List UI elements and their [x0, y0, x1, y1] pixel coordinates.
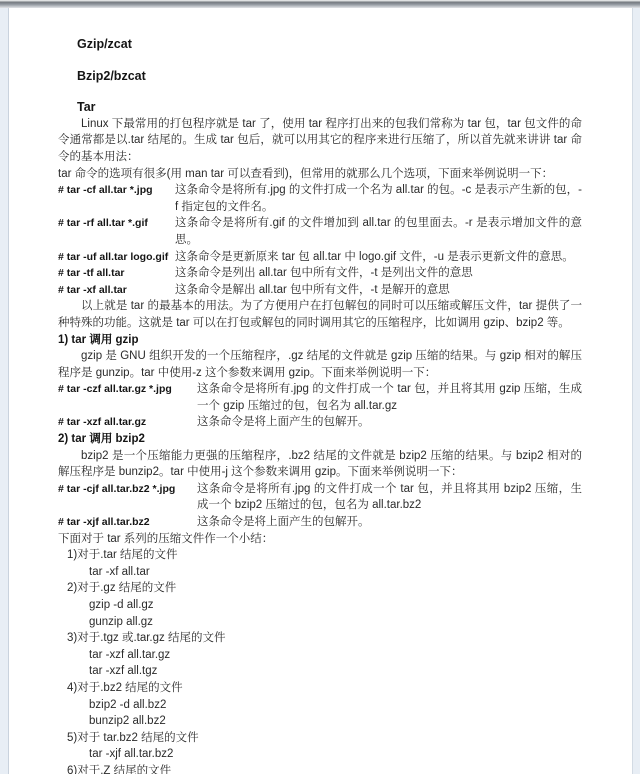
summary-command: bzip2 -d all.bz2	[89, 697, 582, 714]
paragraph-options: tar 命令的选项有很多(用 man tar 可以查看到)，但常用的就那么几个选…	[58, 166, 582, 183]
command-text: # tar -rf all.tar *.gif	[58, 215, 175, 232]
command-text: # tar -cjf all.tar.bz2 *.jpg	[58, 481, 197, 498]
command-description: 这条命令是将所有.jpg 的文件打成一个 tar 包，并且将其用 gzip 压缩…	[197, 381, 582, 414]
summary-item-label: 6)对于.Z 结尾的文件	[67, 763, 582, 774]
command-description: 这条命令是列出 all.tar 包中所有文件，-t 是列出文件的意思	[175, 265, 582, 282]
command-description: 这条命令是解出 all.tar 包中所有文件，-t 是解开的意思	[175, 282, 582, 299]
command-text: # tar -uf all.tar logo.gif	[58, 249, 175, 266]
command-line-tar-cf: # tar -cf all.tar *.jpg 这条命令是将所有.jpg 的文件…	[58, 182, 582, 215]
summary-item-label: 1)对于.tar 结尾的文件	[67, 547, 582, 564]
subheading-tar-bzip2: 2) tar 调用 bzip2	[58, 431, 582, 448]
paragraph-intro: Linux 下最常用的打包程序就是 tar 了，使用 tar 程序打出来的包我们…	[58, 116, 582, 166]
summary-item-label: 2)对于.gz 结尾的文件	[67, 580, 582, 597]
paragraph-gzip: gzip 是 GNU 组织开发的一个压缩程序，.gz 结尾的文件就是 gzip …	[58, 348, 582, 381]
heading-bzip2-bzcat: Bzip2/bzcat	[77, 68, 582, 85]
command-line-tar-uf: # tar -uf all.tar logo.gif 这条命令是更新原来 tar…	[58, 249, 582, 266]
command-text: # tar -czf all.tar.gz *.jpg	[58, 381, 197, 398]
summary-command: gzip -d all.gz	[89, 597, 582, 614]
summary-command: tar -xzf all.tgz	[89, 663, 582, 680]
paragraph-summary-intro: 下面对于 tar 系列的压缩文件作一个小结：	[58, 531, 582, 548]
command-text: # tar -xf all.tar	[58, 282, 175, 299]
summary-command: gunzip all.gz	[89, 614, 582, 631]
command-description: 这条命令是更新原来 tar 包 all.tar 中 logo.gif 文件，-u…	[175, 249, 582, 266]
command-line-tar-xf: # tar -xf all.tar 这条命令是解出 all.tar 包中所有文件…	[58, 282, 582, 299]
command-line-tar-cjf: # tar -cjf all.tar.bz2 *.jpg 这条命令是将所有.jp…	[58, 481, 582, 514]
command-text: # tar -cf all.tar *.jpg	[58, 182, 175, 199]
summary-item-label: 4)对于.bz2 结尾的文件	[67, 680, 582, 697]
right-gutter	[632, 7, 640, 774]
command-text: # tar -xjf all.tar.bz2	[58, 514, 197, 531]
command-line-tar-rf: # tar -rf all.tar *.gif 这条命令是将所有.gif 的文件…	[58, 215, 582, 248]
command-description: 这条命令是将上面产生的包解开。	[197, 414, 582, 431]
paragraph-special-feature: 以上就是 tar 的最基本的用法。为了方便用户在打包解包的同时可以压缩或解压文件…	[58, 298, 582, 331]
summary-command: tar -xzf all.tar.gz	[89, 647, 582, 664]
summary-command: bunzip2 all.bz2	[89, 713, 582, 730]
command-line-tar-xjf: # tar -xjf all.tar.bz2 这条命令是将上面产生的包解开。	[58, 514, 582, 531]
command-line-tar-xzf: # tar -xzf all.tar.gz 这条命令是将上面产生的包解开。	[58, 414, 582, 431]
page-top-shadow	[0, 0, 640, 8]
left-gutter	[0, 7, 9, 774]
document-content: Gzip/zcat Bzip2/bzcat Tar Linux 下最常用的打包程…	[58, 36, 582, 774]
command-description: 这条命令是将所有.jpg 的文件打成一个名为 all.tar 的包。-c 是表示…	[175, 182, 582, 215]
command-text: # tar -tf all.tar	[58, 265, 175, 282]
command-description: 这条命令是将所有.gif 的文件增加到 all.tar 的包里面去。-r 是表示…	[175, 215, 582, 248]
document-page: Gzip/zcat Bzip2/bzcat Tar Linux 下最常用的打包程…	[9, 8, 632, 774]
heading-gzip-zcat: Gzip/zcat	[77, 36, 582, 53]
paragraph-bzip2: bzip2 是一个压缩能力更强的压缩程序，.bz2 结尾的文件就是 bzip2 …	[58, 448, 582, 481]
summary-item-label: 5)对于 tar.bz2 结尾的文件	[67, 730, 582, 747]
heading-tar: Tar	[77, 99, 582, 116]
subheading-tar-gzip: 1) tar 调用 gzip	[58, 332, 582, 349]
summary-item-label: 3)对于.tgz 或.tar.gz 结尾的文件	[67, 630, 582, 647]
command-description: 这条命令是将所有.jpg 的文件打成一个 tar 包，并且将其用 bzip2 压…	[197, 481, 582, 514]
summary-command: tar -xf all.tar	[89, 564, 582, 581]
command-text: # tar -xzf all.tar.gz	[58, 414, 197, 431]
command-line-tar-czf: # tar -czf all.tar.gz *.jpg 这条命令是将所有.jpg…	[58, 381, 582, 414]
command-description: 这条命令是将上面产生的包解开。	[197, 514, 582, 531]
command-line-tar-tf: # tar -tf all.tar 这条命令是列出 all.tar 包中所有文件…	[58, 265, 582, 282]
summary-command: tar -xjf all.tar.bz2	[89, 746, 582, 763]
